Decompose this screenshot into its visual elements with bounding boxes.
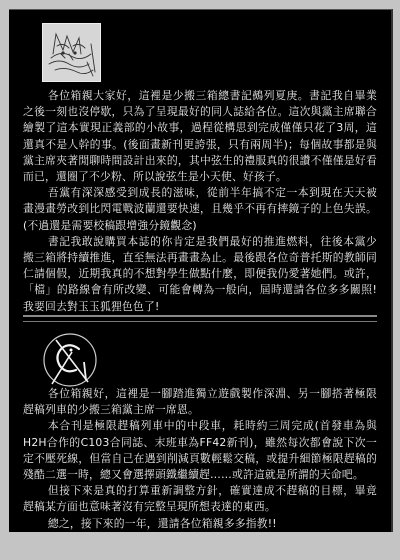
sketch-fox-avatar-icon — [43, 24, 100, 81]
author-note-section-2: 各位箱親好，這裡是一腳踏進獨立遊戲製作深淵、另一腳搭著極限趕稿列車的少搬三箱黨主… — [23, 386, 377, 532]
paragraph: 本合刊是極限趕稿列車中的中段車，耗時約三周完成(首發車為與H2H合作的C103合… — [23, 418, 377, 483]
circle-slash-c-logo-icon — [42, 332, 98, 388]
paragraph: 吾黨有深深感受到成長的滋味，從前半年搞不定一本到現在天天被畫漫畫勞改到比閃電戰波… — [23, 185, 377, 234]
paragraph: 各位箱親大家好，這裡是少搬三箱總書記鵺列夏庚。書記我自畢業之後一刻也沒停歇，只為… — [23, 88, 377, 185]
paragraph: 各位箱親好，這裡是一腳踏進獨立遊戲製作深淵、另一腳搭著極限趕稿列車的少搬三箱黨主… — [23, 386, 377, 418]
paragraph: 總之，接下來的一年，還請各位箱親多多指教!! — [23, 516, 377, 532]
author-note-section-1: 各位箱親大家好，這裡是少搬三箱總書記鵺列夏庚。書記我自畢業之後一刻也沒停歇，只為… — [23, 88, 377, 315]
afterword-page: 各位箱親大家好，這裡是少搬三箱總書記鵺列夏庚。書記我自畢業之後一刻也沒停歇，只為… — [9, 9, 393, 532]
paragraph: 書記我敢說購買本誌的你肯定是我們最好的推進燃料，往後本黨少搬三箱將持續推進，直至… — [23, 234, 377, 315]
author-avatar — [42, 23, 101, 82]
section-divider-bottom-line — [23, 321, 377, 322]
paragraph: 但接下來是真的打算重新調整方針，確實達成不趕稿的目標，畢竟趕稿某方面也意味著沒有… — [23, 483, 377, 515]
section-divider-top-line — [23, 315, 377, 317]
